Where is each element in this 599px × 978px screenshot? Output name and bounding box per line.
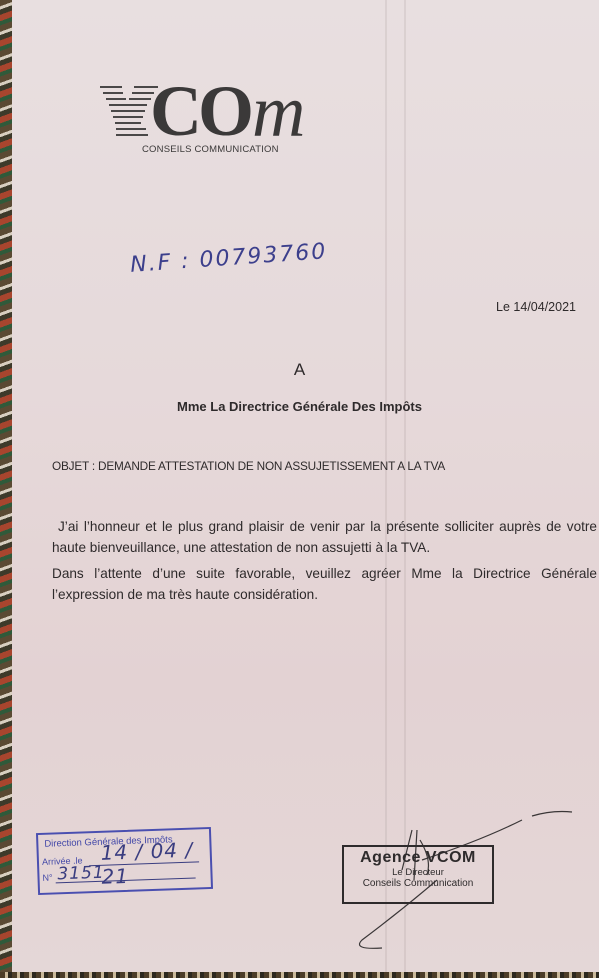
background-fabric-bottom <box>0 972 599 978</box>
addressee-name: Mme La Directrice Générale Des Impôts <box>12 399 587 414</box>
body-paragraph-1: J’ai l’honneur et le plus grand plaisir … <box>52 516 597 558</box>
addressee-prefix: A <box>12 360 587 380</box>
stamp-role: Le Directeur <box>344 867 492 878</box>
vcom-logo: CO m CONSEILS COMMUNICATION <box>100 84 340 164</box>
handwritten-nif: N.F : 00793760 <box>129 239 328 278</box>
letter-page: CO m CONSEILS COMMUNICATION N.F : 007937… <box>12 0 599 972</box>
logo-m-text: m <box>252 70 305 155</box>
stamp-company: Conseils Communication <box>344 878 492 889</box>
logo-tagline: CONSEILS COMMUNICATION <box>142 144 279 155</box>
reception-stamp: Direction Générale des Impôts Arrivée .l… <box>36 827 213 895</box>
body-paragraph-2: Dans l’attente d’une suite favorable, ve… <box>52 563 597 605</box>
stamp-number-label: N° <box>42 873 52 883</box>
letter-subject: OBJET : DEMANDE ATTESTATION DE NON ASSUJ… <box>52 459 445 473</box>
stamp-agency: Agence VCOM <box>344 849 492 867</box>
letter-date: Le 14/04/2021 <box>496 300 576 314</box>
signature-stamp: Agence VCOM Le Directeur Conseils Commun… <box>342 845 494 904</box>
logo-co-text: CO <box>150 70 250 153</box>
